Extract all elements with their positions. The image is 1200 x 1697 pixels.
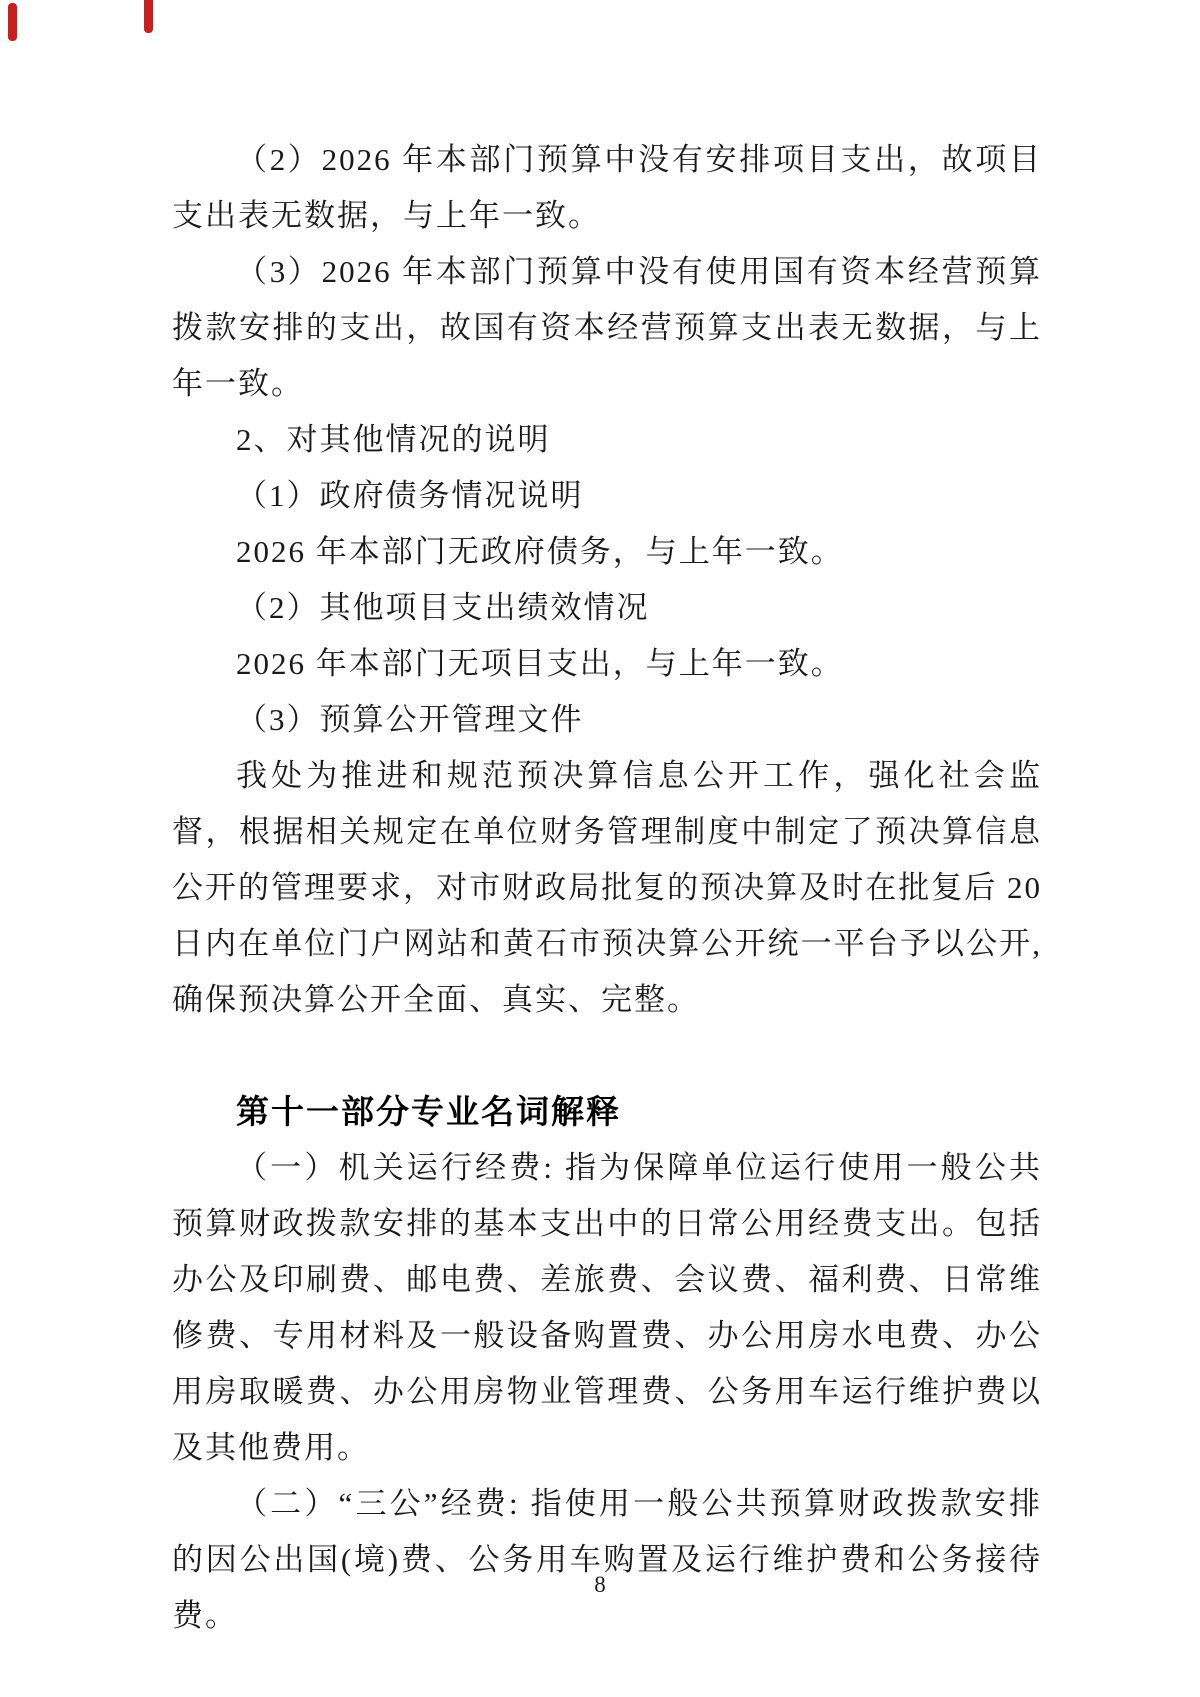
paragraph-budget-disclosure-note: 我处为推进和规范预决算信息公开工作，强化社会监督，根据相关规定在单位财务管理制度… xyxy=(172,748,1042,1028)
document-page: （2）2026 年本部门预算中没有安排项目支出，故项目支出表无数据，与上年一致。… xyxy=(0,0,1200,1697)
paragraph-government-debt-title: （1）政府债务情况说明 xyxy=(172,468,1042,524)
section-heading-terminology: 第十一部分专业名词解释 xyxy=(172,1084,1042,1140)
paragraph-project-performance-note: 2026 年本部门无项目支出，与上年一致。 xyxy=(172,636,1042,692)
red-annotation-mark-left xyxy=(8,3,17,41)
paragraph-budget-disclosure-title: （3）预算公开管理文件 xyxy=(172,692,1042,748)
paragraph-project-performance-title: （2）其他项目支出绩效情况 xyxy=(172,580,1042,636)
page-number: 8 xyxy=(0,1571,1200,1599)
paragraph-definition-operating-funds: （一）机关运行经费: 指为保障单位运行使用一般公共预算财政拨款安排的基本支出中的… xyxy=(172,1140,1042,1476)
red-annotation-mark-right xyxy=(144,0,153,33)
paragraph-definition-three-public-funds: （二）“三公”经费: 指使用一般公共预算财政拨款安排的因公出国(境)费、公务用车… xyxy=(172,1476,1042,1644)
paragraph-state-capital-note: （3）2026 年本部门预算中没有使用国有资本经营预算拨款安排的支出，故国有资本… xyxy=(172,244,1042,412)
paragraph-other-situations-title: 2、对其他情况的说明 xyxy=(172,412,1042,468)
document-content: （2）2026 年本部门预算中没有安排项目支出，故项目支出表无数据，与上年一致。… xyxy=(172,132,1042,1644)
paragraph-government-debt-note: 2026 年本部门无政府债务，与上年一致。 xyxy=(172,524,1042,580)
paragraph-project-expenditure-note: （2）2026 年本部门预算中没有安排项目支出，故项目支出表无数据，与上年一致。 xyxy=(172,132,1042,244)
